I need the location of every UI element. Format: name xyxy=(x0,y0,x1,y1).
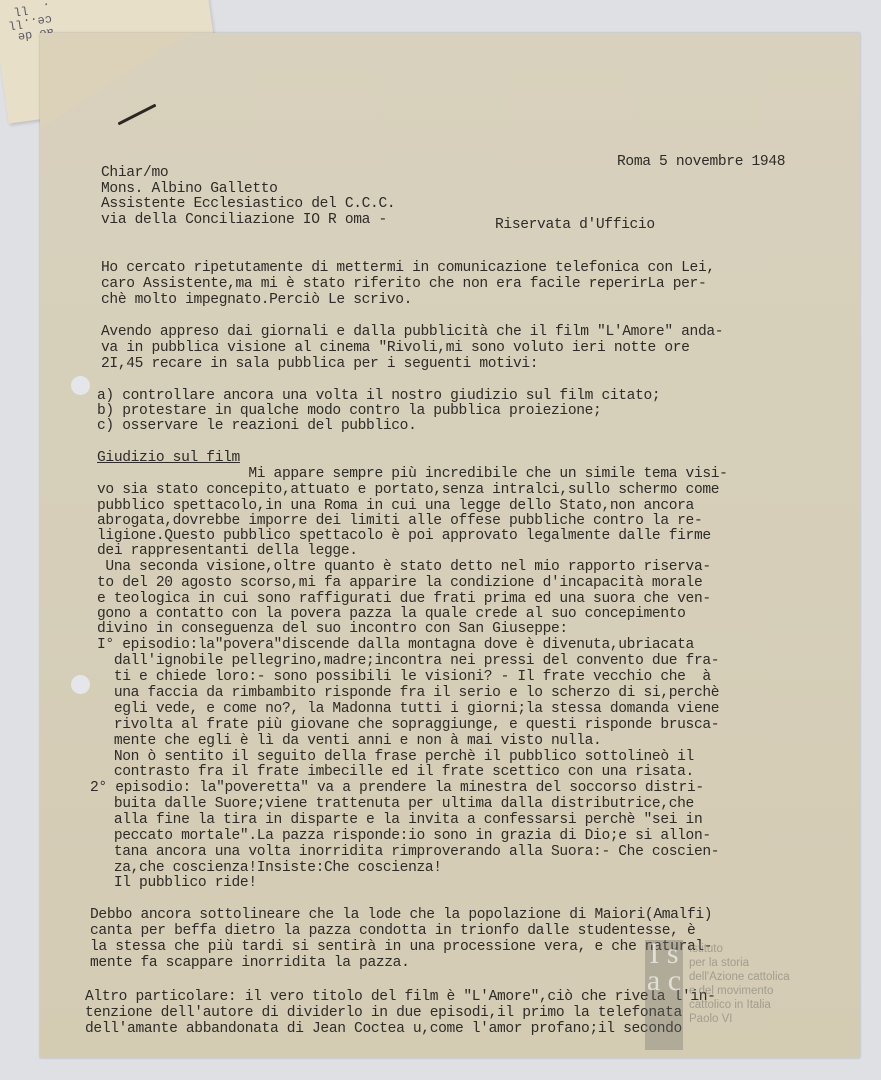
text-line: e teologica in cui sono raffigurati due … xyxy=(97,592,711,607)
watermark-line: Paolo VI xyxy=(689,1013,732,1025)
watermark-line: e del movimento xyxy=(689,985,773,997)
watermark-line: per la storia xyxy=(689,957,749,969)
text-line: dell'amante abbandonata di Jean Coctea u… xyxy=(85,1022,682,1037)
text-line: buita dalle Suore;viene trattenuta per u… xyxy=(97,797,694,812)
punch-hole-icon xyxy=(71,675,90,694)
text-line: alla fine la tira in disparte e la invit… xyxy=(97,813,702,828)
text-line: una faccia da rimbambito risponde fra il… xyxy=(97,686,719,701)
folded-corner xyxy=(40,33,190,128)
isacem-logo-icon: I s a c xyxy=(645,940,683,1050)
text-line: caro Assistente,ma mi è stato riferito c… xyxy=(101,277,706,292)
text-line: pubblico spettacolo,in una Roma in cui u… xyxy=(97,499,694,514)
watermark-line: dell'Azione cattolica xyxy=(689,971,790,983)
text-line: Altro particolare: il vero titolo del fi… xyxy=(85,990,716,1005)
text-line: Debbo ancora sottolineare che la lode ch… xyxy=(90,908,712,923)
text-line: mente che egli è lì da venti anni e non … xyxy=(97,734,601,749)
text-line: Una seconda visione,oltre quanto è stato… xyxy=(97,560,711,575)
watermark-line: Istituto xyxy=(689,943,723,955)
text-line: rivolta al frate più giovane che sopragg… xyxy=(97,718,719,733)
list-item: b) protestare in qualche modo contro la … xyxy=(97,404,601,419)
text-line: egli vede, e come no?, la Madonna tutti … xyxy=(97,702,719,717)
list-item: c) osservare le reazioni del pubblico. xyxy=(97,419,417,434)
text-line: abrogata,dovrebbe imporre dei limiti all… xyxy=(97,514,702,529)
date-line: Roma 5 novembre 1948 xyxy=(617,155,785,170)
text-line: canta per beffa dietro la pazza condotta… xyxy=(90,924,695,939)
text-line: I° episodio:la"povera"discende dalla mon… xyxy=(97,638,694,653)
section-heading: Giudizio sul film xyxy=(97,451,240,466)
text-line: ti e chiede loro:- sono possibili le vis… xyxy=(97,670,711,685)
recipient-line: via della Conciliazione IO R oma - xyxy=(101,213,387,228)
text-line: Avendo appreso dai giornali e dalla pubb… xyxy=(101,325,723,340)
text-line: chè molto impegnato.Perciò Le scrivo. xyxy=(101,293,412,308)
list-item: a) controllare ancora una volta il nostr… xyxy=(97,389,660,404)
text-line: vo sia stato concepito,attuato e portato… xyxy=(97,483,719,498)
text-line: tenzione dell'autore di dividerlo in due… xyxy=(85,1006,682,1021)
text-line: Ho cercato ripetutamente di mettermi in … xyxy=(101,261,715,276)
punch-hole-icon xyxy=(71,376,90,395)
text-line: za,che coscienza!Insiste:Che coscienza! xyxy=(97,861,442,876)
watermark-text: Istituto per la storia dell'Azione catto… xyxy=(689,942,790,1026)
text-line: ligione.Questo pubblico spettacolo è poi… xyxy=(97,529,711,544)
text-line: Non ò sentito il seguito della frase per… xyxy=(97,750,694,765)
text-line: tana ancora una volta inorridita rimprov… xyxy=(97,845,719,860)
recipient-line: Assistente Ecclesiastico del C.C.C. xyxy=(101,197,395,212)
text-line: peccato mortale".La pazza risponde:io so… xyxy=(97,829,711,844)
text-line: dall'ignobile pellegrino,madre;incontra … xyxy=(97,654,719,669)
text-line: Mi appare sempre più incredibile che un … xyxy=(97,467,728,482)
text-line: 2I,45 recare in sala pubblica per i segu… xyxy=(101,357,538,372)
text-line: divino in conseguenza del suo incontro c… xyxy=(97,622,568,637)
text-line: Il pubblico ride! xyxy=(97,876,257,891)
watermark-line: cattolico in Italia xyxy=(689,999,771,1011)
recipient-line: Mons. Albino Galletto xyxy=(101,182,278,197)
text-line: va in pubblica visione al cinema "Rivoli… xyxy=(101,341,690,356)
text-line: mente fa scappare inorridita la pazza. xyxy=(90,956,410,971)
classification-label: Riservata d'Ufficio xyxy=(495,218,655,233)
text-line: dei rappresentanti della legge. xyxy=(97,544,358,559)
text-line: gono a contatto con la povera pazza la q… xyxy=(97,607,686,622)
recipient-line: Chiar/mo xyxy=(101,166,168,181)
text-line: to del 20 agosto scorso,mi fa apparire l… xyxy=(97,576,702,591)
text-line: 2° episodio: la"poveretta" va a prendere… xyxy=(90,781,704,796)
text-line: contrasto fra il frate imbecille ed il f… xyxy=(97,765,694,780)
archive-watermark: I s a c Istituto per la storia dell'Azio… xyxy=(645,940,805,1050)
text-line: la stessa che più tardi si sentirà in un… xyxy=(90,940,712,955)
